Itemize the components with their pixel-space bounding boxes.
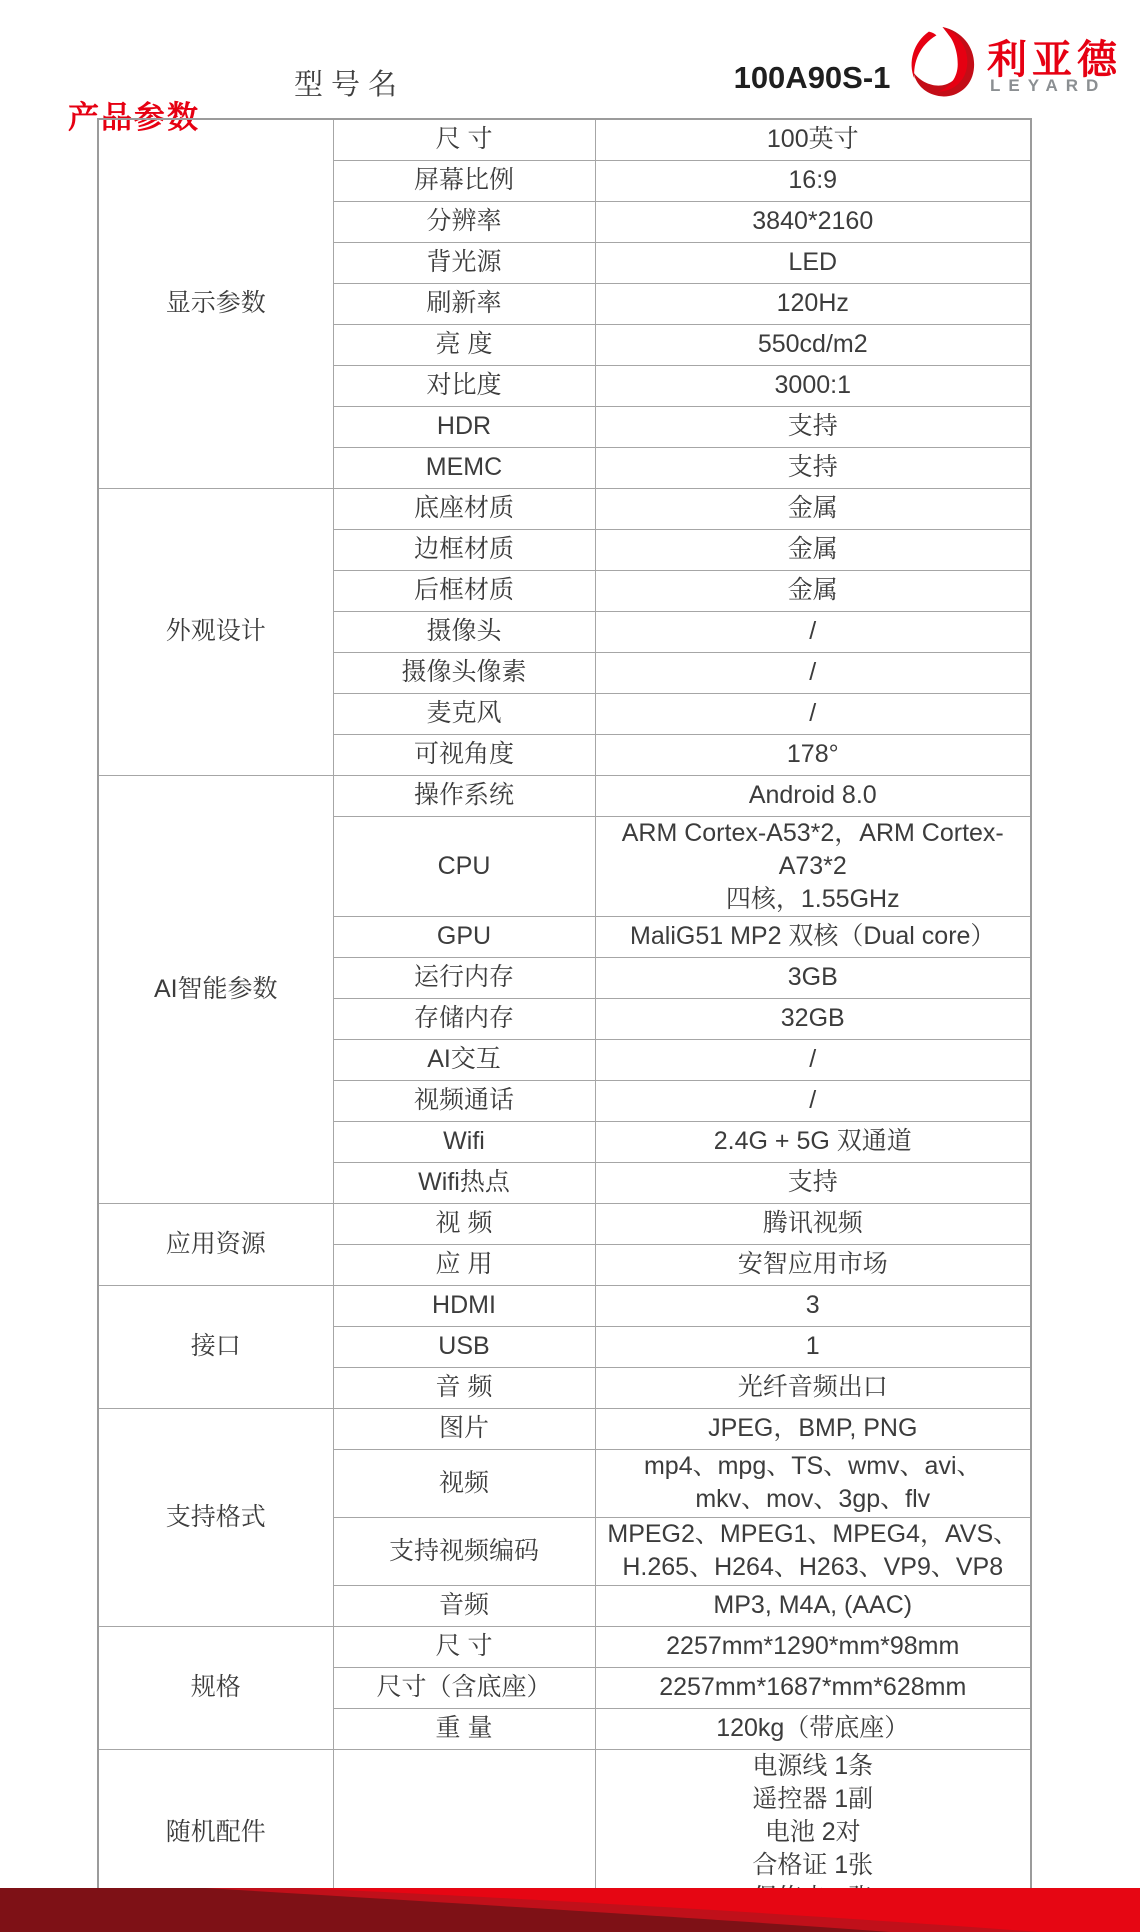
cell-value: 腾讯视频 — [595, 1203, 1031, 1244]
cell-param: HDMI — [333, 1285, 595, 1326]
cell-value: LED — [595, 242, 1031, 283]
cell-value: 支持 — [595, 406, 1031, 447]
model-name-value: 100A90S-1 — [594, 60, 1030, 96]
cell-category: 支持格式 — [98, 1408, 333, 1626]
cell-category: 应用资源 — [98, 1203, 333, 1285]
table-row: 接口 HDMI 3 — [98, 1285, 1031, 1326]
cell-param: 背光源 — [333, 242, 595, 283]
cell-param: 图片 — [333, 1408, 595, 1449]
cell-param: 视频 — [333, 1449, 595, 1517]
cell-param: 操作系统 — [333, 775, 595, 816]
cell-category: 显示参数 — [98, 119, 333, 488]
bottom-red-wave — [0, 1888, 1140, 1932]
cell-value: 120Hz — [595, 283, 1031, 324]
cell-value: 2257mm*1687*mm*628mm — [595, 1667, 1031, 1708]
cell-param: 尺 寸 — [333, 1626, 595, 1667]
cell-param: 尺寸（含底座） — [333, 1667, 595, 1708]
cell-param: 音频 — [333, 1585, 595, 1626]
cell-value: 安智应用市场 — [595, 1244, 1031, 1285]
cell-value: / — [595, 1039, 1031, 1080]
cell-param: CPU — [333, 816, 595, 916]
cell-value: MPEG2、MPEG1、MPEG4，AVS、 H.265、H264、H263、V… — [595, 1517, 1031, 1585]
cell-value: Android 8.0 — [595, 775, 1031, 816]
cell-value: / — [595, 693, 1031, 734]
table-row: 外观设计 底座材质 金属 — [98, 488, 1031, 529]
cell-param: 应 用 — [333, 1244, 595, 1285]
cell-value: 3 — [595, 1285, 1031, 1326]
cell-value: 32GB — [595, 998, 1031, 1039]
cell-category: 接口 — [98, 1285, 333, 1408]
cell-param: 分辨率 — [333, 201, 595, 242]
table-row: 规格 尺 寸 2257mm*1290*mm*98mm — [98, 1626, 1031, 1667]
cell-param: 摄像头 — [333, 611, 595, 652]
cell-value: 3000:1 — [595, 365, 1031, 406]
cell-value: 178° — [595, 734, 1031, 775]
cell-param: 亮 度 — [333, 324, 595, 365]
cell-param: 支持视频编码 — [333, 1517, 595, 1585]
cell-value: 2.4G + 5G 双通道 — [595, 1121, 1031, 1162]
cell-param: MEMC — [333, 447, 595, 488]
cell-param: Wifi — [333, 1121, 595, 1162]
spec-sheet-page: 产品参数 利亚德 LEYARD 型 号 名 100A90S-1 显示参数 尺 寸… — [0, 0, 1140, 1932]
cell-value: MaliG51 MP2 双核（Dual core） — [595, 916, 1031, 957]
cell-param: 视 频 — [333, 1203, 595, 1244]
table-row: 显示参数 尺 寸 100英寸 — [98, 119, 1031, 160]
cell-value: 3GB — [595, 957, 1031, 998]
spec-table: 显示参数 尺 寸 100英寸 屏幕比例16:9 分辨率3840*2160 背光源… — [97, 118, 1032, 1917]
cell-param: 重 量 — [333, 1708, 595, 1749]
cell-category: 规格 — [98, 1626, 333, 1749]
table-row: 应用资源 视 频 腾讯视频 — [98, 1203, 1031, 1244]
cell-param: 存储内存 — [333, 998, 595, 1039]
cell-value: 金属 — [595, 570, 1031, 611]
cell-value: 100英寸 — [595, 119, 1031, 160]
cell-value: / — [595, 611, 1031, 652]
cell-value: 120kg（带底座） — [595, 1708, 1031, 1749]
table-row: 支持格式 图片 JPEG，BMP, PNG — [98, 1408, 1031, 1449]
table-row: AI智能参数 操作系统 Android 8.0 — [98, 775, 1031, 816]
cell-value: 1 — [595, 1326, 1031, 1367]
cell-value: / — [595, 1080, 1031, 1121]
cell-param: 屏幕比例 — [333, 160, 595, 201]
cell-value: 3840*2160 — [595, 201, 1031, 242]
cell-param: 刷新率 — [333, 283, 595, 324]
cell-value: / — [595, 652, 1031, 693]
cell-param: AI交互 — [333, 1039, 595, 1080]
cell-value: 金属 — [595, 488, 1031, 529]
cell-param: 对比度 — [333, 365, 595, 406]
cell-param: 尺 寸 — [333, 119, 595, 160]
cell-value: 金属 — [595, 529, 1031, 570]
cell-value: 支持 — [595, 447, 1031, 488]
cell-param: HDR — [333, 406, 595, 447]
cell-category: 外观设计 — [98, 488, 333, 775]
cell-param: 后框材质 — [333, 570, 595, 611]
cell-param: 麦克风 — [333, 693, 595, 734]
cell-value: MP3, M4A, (AAC) — [595, 1585, 1031, 1626]
cell-param: GPU — [333, 916, 595, 957]
cell-param: 边框材质 — [333, 529, 595, 570]
cell-param: USB — [333, 1326, 595, 1367]
cell-param: 音 频 — [333, 1367, 595, 1408]
cell-param: 运行内存 — [333, 957, 595, 998]
cell-value: 2257mm*1290*mm*98mm — [595, 1626, 1031, 1667]
cell-value: 550cd/m2 — [595, 324, 1031, 365]
model-name-label: 型 号 名 — [97, 62, 594, 103]
cell-param: 可视角度 — [333, 734, 595, 775]
cell-param: 底座材质 — [333, 488, 595, 529]
cell-category: AI智能参数 — [98, 775, 333, 1203]
cell-param: 视频通话 — [333, 1080, 595, 1121]
cell-param: 摄像头像素 — [333, 652, 595, 693]
cell-value: ARM Cortex-A53*2，ARM Cortex-A73*2 四核，1.5… — [595, 816, 1031, 916]
cell-value: 16:9 — [595, 160, 1031, 201]
cell-value: mp4、mpg、TS、wmv、avi、 mkv、mov、3gp、flv — [595, 1449, 1031, 1517]
cell-value: 光纤音频出口 — [595, 1367, 1031, 1408]
cell-value: JPEG，BMP, PNG — [595, 1408, 1031, 1449]
cell-param: Wifi热点 — [333, 1162, 595, 1203]
cell-value: 支持 — [595, 1162, 1031, 1203]
